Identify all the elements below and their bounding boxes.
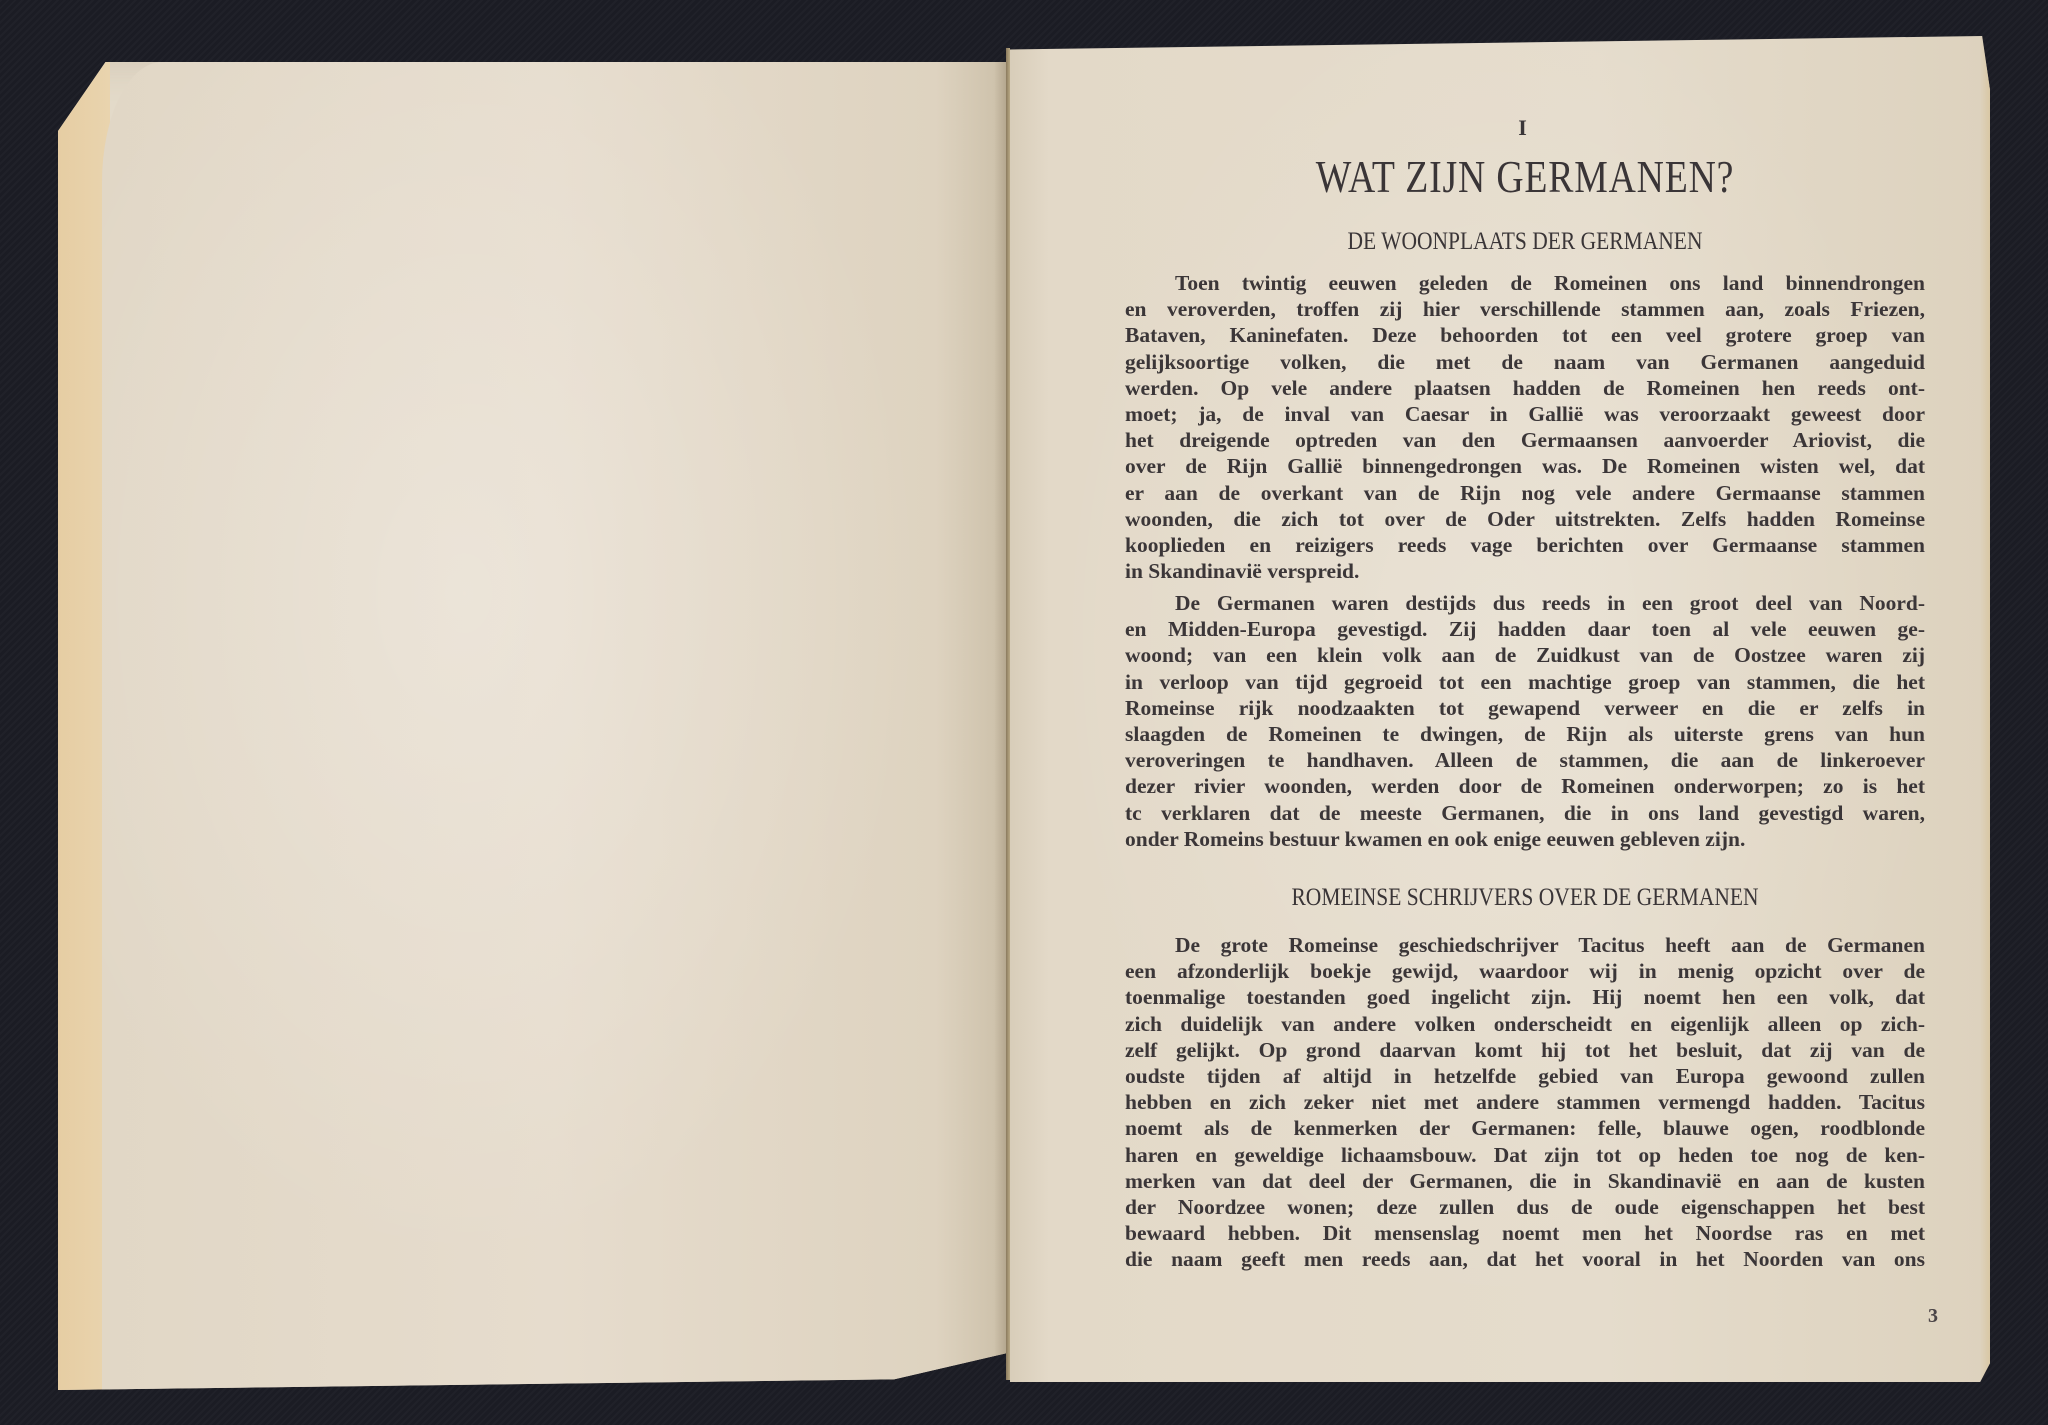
text-line: werden. Op vele andere plaatsen hadden d…	[1125, 375, 1925, 401]
text-line: Toen twintig eeuwen geleden de Romeinen …	[1125, 270, 1925, 296]
chapter-number: I	[1010, 115, 2035, 141]
text-line: slaagden de Romeinen te dwingen, de Rijn…	[1125, 721, 1925, 747]
section-heading-woonplaats: DE WOONPLAATS DER GERMANEN	[1168, 228, 1882, 256]
text-line: der Noordzee wonen; deze zullen dus de o…	[1125, 1194, 1925, 1220]
text-line: De Germanen waren destijds dus reeds in …	[1125, 590, 1925, 616]
open-booklet: I WAT ZIJN GERMANEN? DE WOONPLAATS DER G…	[0, 0, 2048, 1425]
text-line: bewaard hebben. Dit mensenslag noemt men…	[1125, 1220, 1925, 1246]
text-line: veroveringen te handhaven. Alleen de sta…	[1125, 747, 1925, 773]
text-line: een afzonderlijk boekje gewijd, waardoor…	[1125, 958, 1925, 984]
paragraph-3: De grote Romeinse geschiedschrijver Taci…	[1125, 932, 1925, 1273]
text-line: en Midden-Europa gevestigd. Zij hadden d…	[1125, 616, 1925, 642]
book-spine	[1006, 48, 1010, 1380]
text-line: Bataven, Kaninefaten. Deze behoorden tot…	[1125, 322, 1925, 348]
text-line: haren en geweldige lichaamsbouw. Dat zij…	[1125, 1142, 1925, 1168]
text-line: moet; ja, de inval van Caesar in Gallië …	[1125, 401, 1925, 427]
text-line: het dreigende optreden van den Germaanse…	[1125, 427, 1925, 453]
text-line: zich duidelijk van andere volken ondersc…	[1125, 1011, 1925, 1037]
text-line: merken van dat deel der Germanen, die in…	[1125, 1168, 1925, 1194]
text-line: noemt als de kenmerken der Germanen: fel…	[1125, 1115, 1925, 1141]
text-line: toenmalige toestanden goed ingelicht zij…	[1125, 984, 1925, 1010]
text-line: over de Rijn Gallië binnengedrongen was.…	[1125, 453, 1925, 479]
text-line: gelijksoortige volken, die met de naam v…	[1125, 349, 1925, 375]
text-line: in Skandinavië verspreid.	[1125, 558, 1925, 584]
chapter-title: WAT ZIJN GERMANEN?	[1103, 150, 1948, 203]
text-line: en veroverden, troffen zij hier verschil…	[1125, 296, 1925, 322]
text-line: dezer rivier woonden, werden door de Rom…	[1125, 773, 1925, 799]
text-line: oudste tijden af altijd in hetzelfde geb…	[1125, 1063, 1925, 1089]
text-line: die naam geeft men reeds aan, dat het vo…	[1125, 1246, 1925, 1272]
text-line: tc verklaren dat de meeste Germanen, die…	[1125, 800, 1925, 826]
paragraph-1: Toen twintig eeuwen geleden de Romeinen …	[1125, 270, 1925, 584]
text-line: zelf gelijkt. Op grond daarvan komt hij …	[1125, 1037, 1925, 1063]
right-page-edge	[1980, 36, 1990, 1382]
left-page-blank	[58, 62, 1008, 1390]
text-line: kooplieden en reizigers reeds vage beric…	[1125, 532, 1925, 558]
page-number: 3	[1928, 1305, 1938, 1328]
text-line: woond; van een klein volk aan de Zuidkus…	[1125, 642, 1925, 668]
text-line: De grote Romeinse geschiedschrijver Taci…	[1125, 932, 1925, 958]
text-line: onder Romeins bestuur kwamen en ook enig…	[1125, 826, 1925, 852]
text-line: hebben en zich zeker niet met andere sta…	[1125, 1089, 1925, 1115]
section-heading-romeinse-schrijvers: ROMEINSE SCHRIJVERS OVER DE GERMANEN	[1168, 884, 1882, 912]
text-line: woonden, die zich tot over de Oder uitst…	[1125, 506, 1925, 532]
text-line: in verloop van tijd gegroeid tot een mac…	[1125, 669, 1925, 695]
text-line: er aan de overkant van de Rijn nog vele …	[1125, 480, 1925, 506]
left-page-paper	[102, 62, 1008, 1390]
paragraph-2: De Germanen waren destijds dus reeds in …	[1125, 590, 1925, 852]
text-line: Romeinse rijk noodzaakten tot gewapend v…	[1125, 695, 1925, 721]
